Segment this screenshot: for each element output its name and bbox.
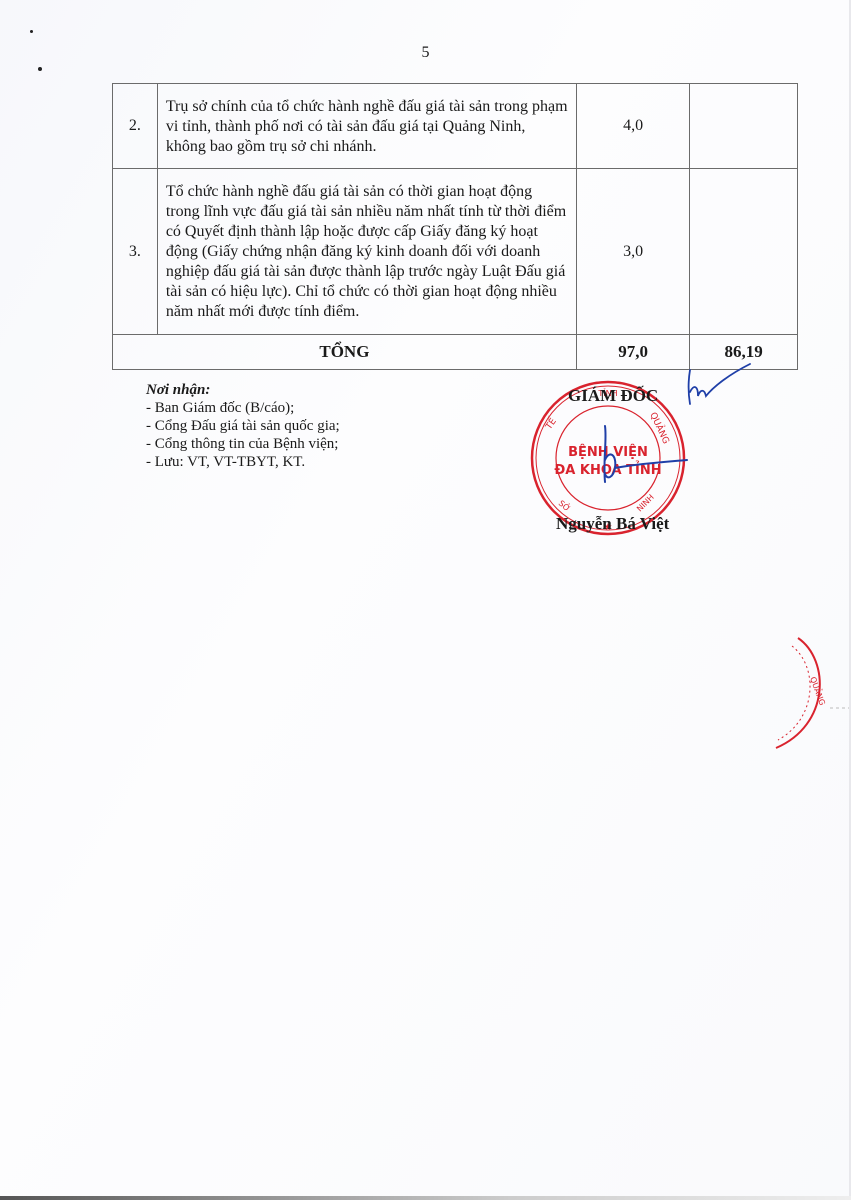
- scoring-table: 2. Trụ sở chính của tổ chức hành nghề đấ…: [112, 83, 798, 370]
- table-row: 3. Tổ chức hành nghề đấu giá tài sản có …: [113, 169, 798, 335]
- criterion-description: Trụ sở chính của tổ chức hành nghề đấu g…: [157, 84, 576, 169]
- row-number: 2.: [113, 84, 158, 169]
- initial-signature-icon: [684, 362, 754, 412]
- recipient-item: - Cổng Đấu giá tài sản quốc gia;: [146, 417, 340, 435]
- max-score: 4,0: [576, 84, 690, 169]
- scan-speck: [38, 67, 42, 71]
- signer-name: Nguyễn Bá Việt: [556, 514, 669, 534]
- recipient-item: - Ban Giám đốc (B/cáo);: [146, 399, 340, 417]
- recipient-item: - Lưu: VT, VT-TBYT, KT.: [146, 453, 340, 471]
- scan-speck: [30, 30, 33, 33]
- criterion-description: Tổ chức hành nghề đấu giá tài sản có thờ…: [157, 169, 576, 335]
- edge-stamp-icon: QUẢNG: [770, 630, 851, 755]
- total-max-score: 97,0: [576, 335, 690, 370]
- edge-stamp-text: QUẢNG: [808, 675, 829, 707]
- recipient-item: - Cổng thông tin của Bệnh viện;: [146, 435, 340, 453]
- scan-edge: [0, 1196, 851, 1200]
- total-label: TỔNG: [113, 335, 577, 370]
- signer-title: GIÁM ĐỐC: [568, 386, 658, 406]
- stamp-ring-bottom-right: NINH: [635, 493, 656, 514]
- awarded-score: [690, 169, 798, 335]
- row-number: 3.: [113, 169, 158, 335]
- recipients-title: Nơi nhận:: [146, 381, 340, 399]
- max-score: 3,0: [576, 169, 690, 335]
- page-number: 5: [0, 44, 851, 62]
- recipients-block: Nơi nhận: - Ban Giám đốc (B/cáo); - Cổng…: [146, 381, 340, 471]
- awarded-score: [690, 84, 798, 169]
- handwritten-signature-icon: [595, 420, 690, 490]
- table-row: 2. Trụ sở chính của tổ chức hành nghề đấ…: [113, 84, 798, 169]
